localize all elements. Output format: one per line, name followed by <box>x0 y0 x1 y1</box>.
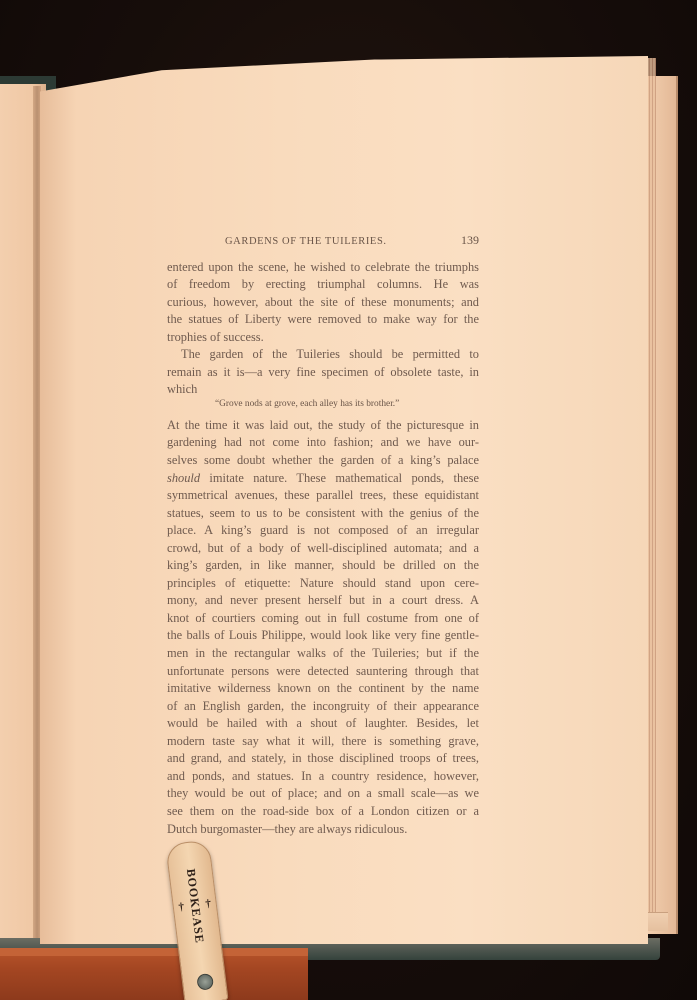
text-line: place. A king’s guard is not composed of… <box>167 522 479 540</box>
verse-quotation: “Grove nods at grove, each alley has its… <box>215 397 479 411</box>
text-line: knot of courtiers coming out in full cos… <box>167 610 479 628</box>
text-line: gardening had not come into fashion; and… <box>167 434 479 452</box>
text-line: The garden of the Tuileries should be pe… <box>167 346 479 364</box>
text-line: entered upon the scene, he wished to cel… <box>167 259 479 277</box>
text-line: the statues of Liberty were removed to m… <box>167 311 479 329</box>
book-gutter <box>33 86 41 948</box>
screw-icon <box>196 973 214 991</box>
text-line: curious, however, about the site of thes… <box>167 294 479 312</box>
text-line: modern taste say what it will, there is … <box>167 733 479 751</box>
text-line: of freedom by erecting triumphal columns… <box>167 276 479 294</box>
book-stand-lip <box>0 948 308 956</box>
text-line: see them on the road-side box of a Londo… <box>167 803 479 821</box>
paragraph-2: The garden of the Tuileries should be pe… <box>167 346 479 399</box>
bookmark-label-group: † BOOKEASE † <box>171 866 219 946</box>
text-line: mony, and never present herself but in a… <box>167 592 479 610</box>
text-line: symmetrical avenues, these parallel tree… <box>167 487 479 505</box>
text-line-with-italic: should imitate nature. These mathematica… <box>167 470 479 488</box>
text-line: crowd, but of a body of well-disciplined… <box>167 540 479 558</box>
text-line: principles of etiquette: Nature should s… <box>167 575 479 593</box>
running-head-title: Gardens of the Tuileries. <box>225 233 387 251</box>
text-line: they would be out of place; and on a sma… <box>167 785 479 803</box>
paragraph-1: entered upon the scene, he wished to cel… <box>167 259 479 347</box>
text-line: and grand, and stately, in those discipl… <box>167 750 479 768</box>
page-text-block: Gardens of the Tuileries. 139 entered up… <box>167 232 479 838</box>
text-line-rest: imitate nature. These mathematical ponds… <box>209 471 479 485</box>
text-line: king’s garden, in like manner, should be… <box>167 557 479 575</box>
text-line: At the time it was laid out, the study o… <box>167 417 479 435</box>
text-line: Dutch burgomaster—they are always ridicu… <box>167 821 479 839</box>
text-line: the balls of Louis Philippe, would look … <box>167 627 479 645</box>
paragraph-3: At the time it was laid out, the study o… <box>167 417 479 838</box>
italic-word: should <box>167 471 200 485</box>
text-line: and ponds, and statues. In a country res… <box>167 768 479 786</box>
text-line: of an English garden, the incongruity of… <box>167 698 479 716</box>
text-line: remain as it is—a very fine specimen of … <box>167 364 479 382</box>
text-line: would be hailed with a shout of laughter… <box>167 715 479 733</box>
text-line: imitative wilderness known on the contin… <box>167 680 479 698</box>
text-line: statues, seem to us to be consistent wit… <box>167 505 479 523</box>
running-head: Gardens of the Tuileries. 139 <box>225 232 479 251</box>
text-line: men in the rectangular walks of the Tuil… <box>167 645 479 663</box>
page-number: 139 <box>461 232 479 250</box>
text-line: unfortunate persons were detected saunte… <box>167 663 479 681</box>
text-line: selves some doubt whether the garden of … <box>167 452 479 470</box>
text-line: trophies of success. <box>167 329 479 347</box>
